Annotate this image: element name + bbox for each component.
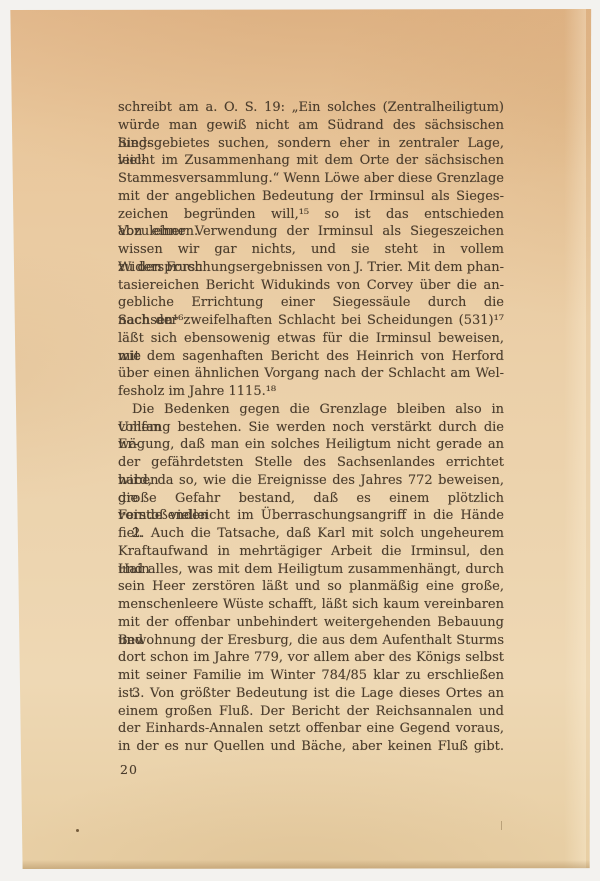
text-line: nach der zweifelhaften Schlacht bei Sche… bbox=[118, 312, 504, 330]
text-line: mit seiner Familie im Winter 784/85 klar… bbox=[118, 667, 504, 685]
text-line: mit dem sagenhaften Bericht des Heinrich… bbox=[118, 348, 504, 366]
text-line: zu den Forschungsergebnissen von J. Trie… bbox=[118, 259, 504, 277]
text-line: wägung, daß man ein solches Heiligtum ni… bbox=[118, 436, 504, 454]
text-line: Von einer Verwendung der Irminsul als Si… bbox=[118, 223, 504, 241]
scan-background: { "document": { "type": "scanned-book-pa… bbox=[0, 0, 600, 881]
paper-speck-dash bbox=[10, 475, 15, 477]
text-line: fesholz im Jahre 1115.¹⁸ bbox=[118, 383, 504, 401]
text-line: 3. Von größter Bedeutung ist die Lage di… bbox=[118, 685, 504, 703]
text-line: über einen ähnlichen Vorgang nach der Sc… bbox=[118, 365, 504, 383]
scanned-page: schreibt am a. O. S. 19: „Ein solches (Z… bbox=[8, 9, 592, 869]
paper-speck bbox=[76, 829, 79, 832]
text-line: Bewohnung der Eresburg, die aus dem Aufe… bbox=[118, 632, 504, 650]
text-line: Die Bedenken gegen die Grenzlage bleiben… bbox=[118, 401, 504, 419]
text-line: und alles, was mit dem Heiligtum zusamme… bbox=[118, 561, 504, 579]
text-line: wissen wir gar nichts, und sie steht in … bbox=[118, 241, 504, 259]
text-line: Stammesversammlung.“ Wenn Löwe aber dies… bbox=[118, 170, 504, 188]
text-line: mit der offenbar unbehindert weitergehen… bbox=[118, 614, 504, 632]
paragraph: schreibt am a. O. S. 19: „Ein solches (Z… bbox=[118, 99, 504, 401]
paper-scratch bbox=[501, 821, 502, 830]
paragraph: 3. Von größter Bedeutung ist die Lage di… bbox=[118, 685, 504, 756]
page-number: 20 bbox=[120, 762, 138, 777]
text-line: menschenleere Wüste schafft, läßt sich k… bbox=[118, 596, 504, 614]
text-block: schreibt am a. O. S. 19: „Ein solches (Z… bbox=[118, 99, 504, 756]
paragraph: Die Bedenken gegen die Grenzlage bleiben… bbox=[118, 401, 504, 525]
text-line: Feinde vielleicht im Überraschungsangrif… bbox=[118, 507, 504, 525]
text-line: sein Heer zerstören läßt und so planmäßi… bbox=[118, 578, 504, 596]
text-line: leicht im Zusammenhang mit dem Orte der … bbox=[118, 152, 504, 170]
text-line: der Einhards-Annalen setzt offenbar eine… bbox=[118, 720, 504, 738]
text-line: einem großen Fluß. Der Bericht der Reich… bbox=[118, 703, 504, 721]
text-line: Umfang bestehen. Sie werden noch verstär… bbox=[118, 419, 504, 437]
text-line: Kraftaufwand in mehrtägiger Arbeit die I… bbox=[118, 543, 504, 561]
text-line: lungsgebietes suchen, sondern eher in ze… bbox=[118, 135, 504, 153]
text-line: mit der angeblichen Bedeutung der Irmins… bbox=[118, 188, 504, 206]
text-line: läßt sich ebensowenig etwas für die Irmi… bbox=[118, 330, 504, 348]
text-line: dort schon im Jahre 779, vor allem aber … bbox=[118, 649, 504, 667]
text-line: zeichen begründen will,¹⁵ so ist das ent… bbox=[118, 206, 504, 224]
text-line: wird, da so, wie die Ereignisse des Jahr… bbox=[118, 472, 504, 490]
text-line: 2. Auch die Tatsache, daß Karl mit solch… bbox=[118, 525, 504, 543]
text-line: der gefährdetsten Stelle des Sachsenland… bbox=[118, 454, 504, 472]
text-line: in der es nur Quellen und Bäche, aber ke… bbox=[118, 738, 504, 756]
text-line: würde man gewiß nicht am Südrand des säc… bbox=[118, 117, 504, 135]
paragraph: 2. Auch die Tatsache, daß Karl mit solch… bbox=[118, 525, 504, 685]
text-line: tasiereichen Bericht Widukinds von Corve… bbox=[118, 277, 504, 295]
text-line: schreibt am a. O. S. 19: „Ein solches (Z… bbox=[118, 99, 504, 117]
text-line: gebliche Errichtung einer Siegessäule du… bbox=[118, 294, 504, 312]
text-line: große Gefahr bestand, daß es einem plötz… bbox=[118, 490, 504, 508]
